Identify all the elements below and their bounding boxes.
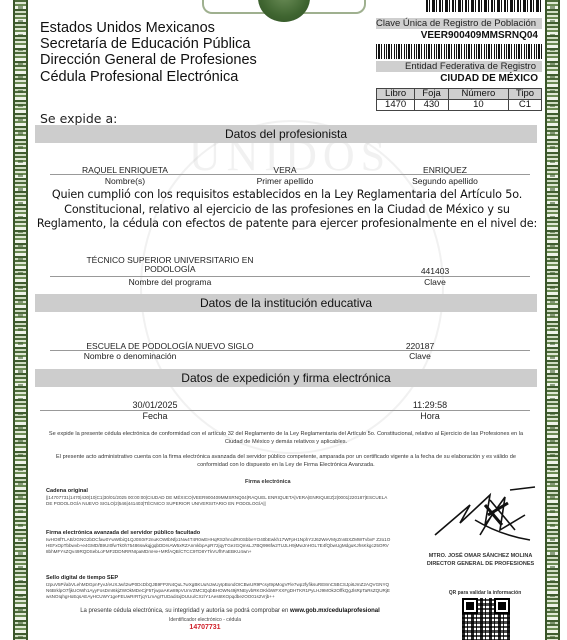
issue-date-value: 30/01/2025: [110, 400, 200, 410]
libro-value: 1470: [377, 100, 415, 111]
signer-name: MTRO. JOSÉ OMAR SÁNCHEZ MOLINA: [418, 553, 543, 561]
col-numero: Número: [448, 89, 508, 100]
validation-qr-code[interactable]: [462, 598, 510, 640]
registry-table-row: 1470 430 10 C1: [377, 100, 542, 111]
program-key-label: Clave: [400, 277, 470, 287]
legal-paragraph-1: Se expide la presente cédula electrónica…: [40, 430, 532, 446]
divider: [50, 174, 530, 175]
qr-label: QR para validar la información: [440, 590, 530, 596]
signer-title: DIRECTOR GENERAL DE PROFESIONES: [418, 561, 543, 569]
header-line-document-type: Cédula Profesional Electrónica: [40, 69, 257, 85]
verification-notice: La presente cédula electrónica, su integ…: [40, 608, 420, 614]
header-line-ministry: Secretaría de Educación Pública: [40, 36, 257, 52]
issue-time-value: 11:29:58: [395, 400, 465, 410]
original-chain-text: ||14707731|1470|430|10|C1|30/01/2025 00:…: [46, 495, 391, 507]
registry-table-header: Libro Foja Número Tipo: [377, 89, 542, 100]
issued-to-label: Se expide a:: [40, 111, 117, 126]
institution-key-label: Clave: [385, 351, 455, 361]
qr-finder: [494, 598, 510, 614]
declaration-text: Quien cumplió con los requisitos estable…: [34, 188, 540, 232]
program-name-line2: PODOLOGÍA: [70, 265, 270, 274]
ornamental-border-left: [13, 0, 28, 640]
curp-barcode: [426, 0, 542, 12]
institution-name-label: Nombre o denominación: [60, 351, 200, 361]
ornamental-border-right: [545, 0, 560, 640]
section-issuance-data: Datos de expedición y firma electrónica: [35, 369, 537, 387]
curp-label: Clave Única de Registro de Población: [376, 18, 542, 29]
signer-block: MTRO. JOSÉ OMAR SÁNCHEZ MOLINA DIRECTOR …: [418, 553, 543, 568]
numero-value: 10: [448, 100, 508, 111]
electronic-signature-heading: Firma electrónica: [245, 479, 291, 485]
handwritten-signature: [430, 485, 540, 545]
entity-barcode: [376, 44, 542, 59]
header-line-directorate: Dirección General de Profesiones: [40, 52, 257, 68]
timestamp-seal-text: I2puV5Pi/abVLehMDGpnFyvJ/eUXJw/t2wP0DcDb…: [46, 582, 391, 600]
entity-label: Entidad Federativa de Registro: [376, 61, 542, 72]
registry-table: Libro Foja Número Tipo 1470 430 10 C1: [376, 88, 542, 111]
timestamp-seal-title: Sello digital de tiempo SEP: [46, 575, 118, 581]
issue-time-label: Hora: [395, 411, 465, 421]
section-professional-data: Datos del profesionista: [35, 125, 537, 143]
advanced-signature-title: Firma electrónica avanzada del servidor …: [46, 530, 200, 536]
qr-finder: [462, 598, 478, 614]
issue-date-label: Fecha: [110, 411, 200, 421]
document-header: Estados Unidos Mexicanos Secretaría de E…: [40, 20, 257, 85]
curp-value: VEER900409MMSRNQ04: [376, 30, 538, 41]
national-emblem-icon: [258, 0, 310, 22]
first-surname-label: Primer apellido: [230, 176, 340, 186]
electronic-id-value: 14707731: [130, 624, 280, 631]
legal-paragraph-2: El presente acto administrativo cuenta c…: [40, 453, 532, 469]
section-institution-data: Datos de la institución educativa: [35, 294, 537, 312]
program-name-value: TÉCNICO SUPERIOR UNIVERSITARIO EN PODOLO…: [70, 256, 270, 274]
given-names-label: Nombre(s): [60, 176, 190, 186]
original-chain-title: Cadena original: [46, 488, 88, 494]
second-surname-label: Segundo apellido: [380, 176, 510, 186]
header-line-country: Estados Unidos Mexicanos: [40, 20, 257, 36]
electronic-id-label: Identificador electrónico - cédula: [130, 617, 280, 623]
verification-text: La presente cédula electrónica, su integ…: [80, 608, 290, 614]
col-foja: Foja: [415, 89, 449, 100]
foja-value: 430: [415, 100, 449, 111]
program-key-value: 441403: [400, 266, 470, 276]
entity-value: CIUDAD DE MÉXICO: [376, 73, 538, 84]
tipo-value: C1: [508, 100, 541, 111]
verification-url-link[interactable]: www.gob.mx/cedulaprofesional: [290, 608, 380, 614]
col-libro: Libro: [377, 89, 415, 100]
col-tipo: Tipo: [508, 89, 541, 100]
advanced-signature-text: IwHO8fTLAB/zGNG2bDCfaw0YwWtbiQ1QJ0S0rF2n…: [46, 537, 391, 555]
program-name-label: Nombre del programa: [70, 277, 270, 287]
